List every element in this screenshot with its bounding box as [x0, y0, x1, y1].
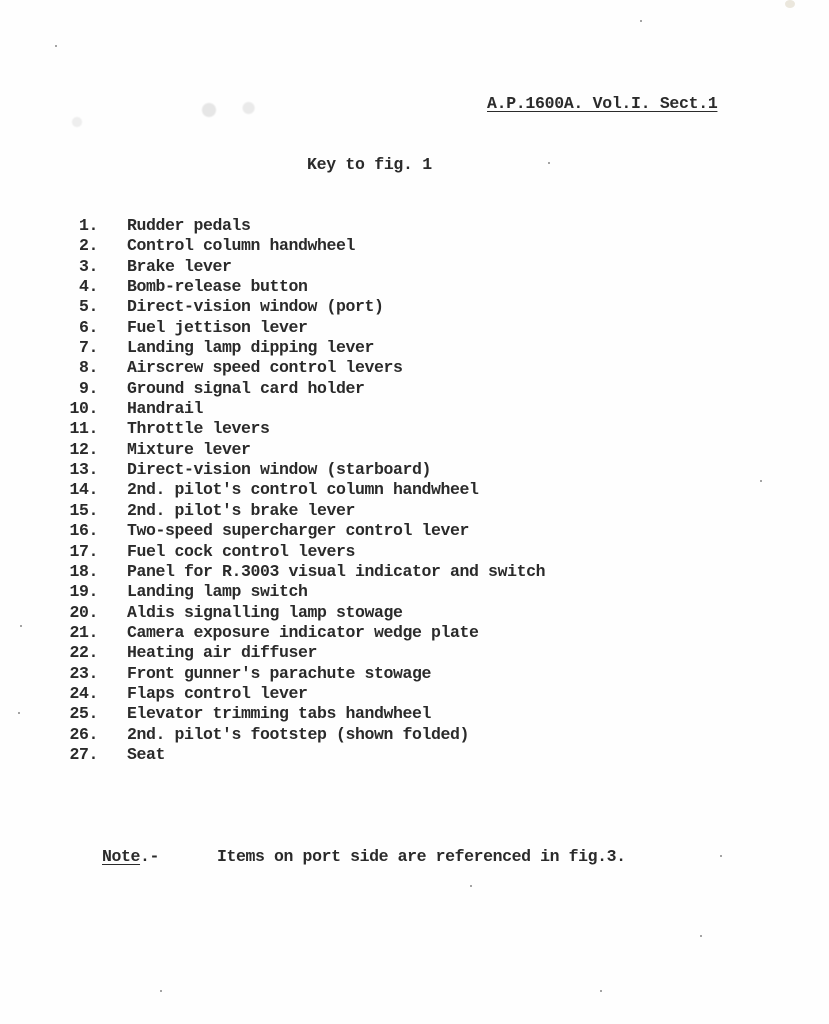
item-number: 11. — [64, 419, 127, 439]
item-label: Direct-vision window (port) — [127, 297, 384, 317]
document-page: A.P.1600A. Vol.I. Sect.1 Key to fig. 1 1… — [0, 0, 829, 1024]
scan-speck — [160, 990, 162, 992]
list-item: 5.Direct-vision window (port) — [64, 297, 545, 317]
note-suffix: .- — [140, 847, 159, 866]
list-item: 20.Aldis signalling lamp stowage — [64, 603, 545, 623]
scan-speck — [600, 990, 602, 992]
item-label: Mixture lever — [127, 440, 251, 460]
list-item: 12.Mixture lever — [64, 440, 545, 460]
list-item: 26.2nd. pilot's footstep (shown folded) — [64, 725, 545, 745]
item-number: 1. — [64, 216, 127, 236]
item-label: Handrail — [127, 399, 203, 419]
page-title: Key to fig. 1 — [307, 155, 432, 174]
item-label: Rudder pedals — [127, 216, 251, 236]
item-number: 12. — [64, 440, 127, 460]
item-number: 19. — [64, 582, 127, 602]
item-number: 25. — [64, 704, 127, 724]
item-number: 16. — [64, 521, 127, 541]
stamp-smudge — [55, 98, 275, 138]
item-label: Throttle levers — [127, 419, 270, 439]
item-label: Ground signal card holder — [127, 379, 365, 399]
item-label: Two-speed supercharger control lever — [127, 521, 469, 541]
item-number: 22. — [64, 643, 127, 663]
item-number: 3. — [64, 257, 127, 277]
list-item: 23.Front gunner's parachute stowage — [64, 664, 545, 684]
list-item: 11.Throttle levers — [64, 419, 545, 439]
scan-speck — [55, 45, 57, 47]
list-item: 3.Brake lever — [64, 257, 545, 277]
list-item: 10.Handrail — [64, 399, 545, 419]
item-label: Aldis signalling lamp stowage — [127, 603, 403, 623]
item-label: Heating air diffuser — [127, 643, 317, 663]
item-number: 4. — [64, 277, 127, 297]
scan-speck — [18, 712, 20, 714]
item-label: Bomb-release button — [127, 277, 308, 297]
list-item: 7.Landing lamp dipping lever — [64, 338, 545, 358]
list-item: 25.Elevator trimming tabs handwheel — [64, 704, 545, 724]
item-number: 13. — [64, 460, 127, 480]
item-label: 2nd. pilot's brake lever — [127, 501, 355, 521]
item-label: 2nd. pilot's control column handwheel — [127, 480, 479, 500]
list-item: 22.Heating air diffuser — [64, 643, 545, 663]
item-number: 2. — [64, 236, 127, 256]
item-label: Fuel cock control levers — [127, 542, 355, 562]
item-label: Landing lamp dipping lever — [127, 338, 374, 358]
list-item: 4.Bomb-release button — [64, 277, 545, 297]
item-label: Front gunner's parachute stowage — [127, 664, 431, 684]
item-number: 6. — [64, 318, 127, 338]
note-text: Items on port side are referenced in fig… — [217, 847, 626, 866]
note-label: Note — [102, 847, 140, 866]
item-label: Landing lamp switch — [127, 582, 308, 602]
item-number: 17. — [64, 542, 127, 562]
item-number: 18. — [64, 562, 127, 582]
item-number: 8. — [64, 358, 127, 378]
scan-speck — [760, 480, 762, 482]
item-number: 5. — [64, 297, 127, 317]
item-label: 2nd. pilot's footstep (shown folded) — [127, 725, 469, 745]
item-label: Control column handwheel — [127, 236, 355, 256]
item-label: Panel for R.3003 visual indicator and sw… — [127, 562, 545, 582]
list-item: 14.2nd. pilot's control column handwheel — [64, 480, 545, 500]
item-label: Fuel jettison lever — [127, 318, 308, 338]
item-number: 10. — [64, 399, 127, 419]
item-label: Seat — [127, 745, 165, 765]
list-item: 15.2nd. pilot's brake lever — [64, 501, 545, 521]
scan-speck — [720, 855, 722, 857]
list-item: 2.Control column handwheel — [64, 236, 545, 256]
list-item: 6.Fuel jettison lever — [64, 318, 545, 338]
item-label: Flaps control lever — [127, 684, 308, 704]
item-number: 23. — [64, 664, 127, 684]
note: Note.-Items on port side are referenced … — [64, 828, 626, 885]
item-label: Brake lever — [127, 257, 232, 277]
scan-speck — [470, 885, 472, 887]
key-list: 1.Rudder pedals2.Control column handwhee… — [64, 216, 545, 765]
list-item: 8.Airscrew speed control levers — [64, 358, 545, 378]
item-label: Direct-vision window (starboard) — [127, 460, 431, 480]
list-item: 16.Two-speed supercharger control lever — [64, 521, 545, 541]
list-item: 24.Flaps control lever — [64, 684, 545, 704]
item-label: Airscrew speed control levers — [127, 358, 403, 378]
item-number: 27. — [64, 745, 127, 765]
scan-speck — [20, 625, 22, 627]
scan-speck — [640, 20, 642, 22]
list-item: 17.Fuel cock control levers — [64, 542, 545, 562]
item-number: 7. — [64, 338, 127, 358]
list-item: 21.Camera exposure indicator wedge plate — [64, 623, 545, 643]
list-item: 9.Ground signal card holder — [64, 379, 545, 399]
list-item: 18.Panel for R.3003 visual indicator and… — [64, 562, 545, 582]
item-number: 9. — [64, 379, 127, 399]
item-number: 24. — [64, 684, 127, 704]
item-label: Elevator trimming tabs handwheel — [127, 704, 431, 724]
list-item: 1.Rudder pedals — [64, 216, 545, 236]
list-item: 13.Direct-vision window (starboard) — [64, 460, 545, 480]
scan-speck — [548, 162, 550, 164]
scan-speck — [700, 935, 702, 937]
item-number: 14. — [64, 480, 127, 500]
item-number: 26. — [64, 725, 127, 745]
list-item: 19.Landing lamp switch — [64, 582, 545, 602]
item-number: 20. — [64, 603, 127, 623]
list-item: 27.Seat — [64, 745, 545, 765]
paper-stain — [785, 0, 795, 8]
publication-reference: A.P.1600A. Vol.I. Sect.1 — [487, 94, 717, 113]
item-label: Camera exposure indicator wedge plate — [127, 623, 479, 643]
item-number: 21. — [64, 623, 127, 643]
item-number: 15. — [64, 501, 127, 521]
